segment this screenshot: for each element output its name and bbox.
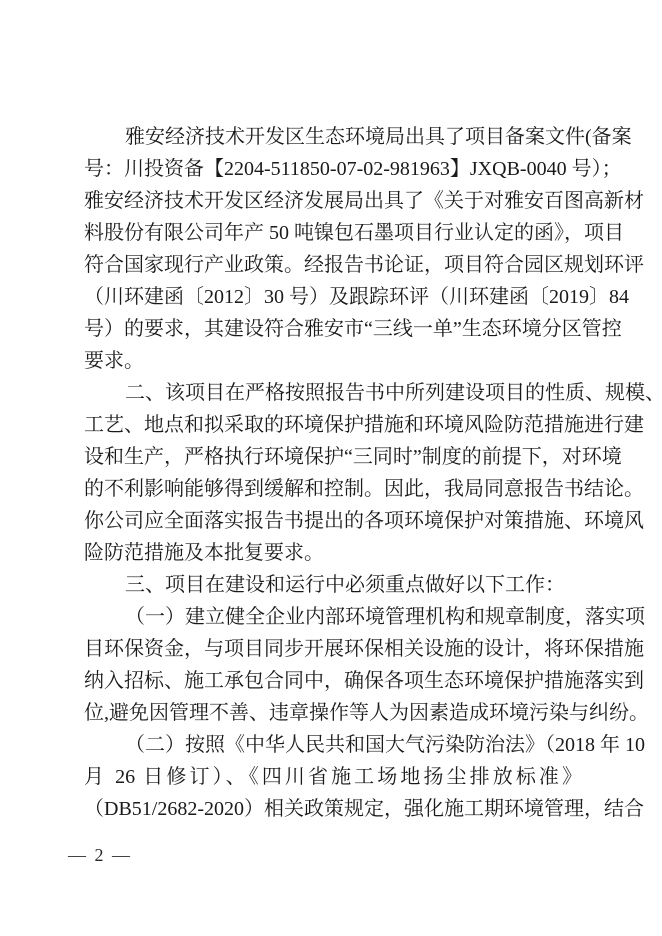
- text-line: 雅安经济技术开发区经济发展局出具了《关于对雅安百图高新材: [84, 185, 582, 217]
- text-line: 要求。: [84, 345, 582, 377]
- text-line: 工艺、地点和拟采取的环境保护措施和环境风险防范措施进行建: [84, 409, 582, 441]
- text-line: 符合国家现行产业政策。经报告书论证，项目符合园区规划环评: [84, 249, 582, 281]
- text-line: 月 26 日修订）、《四川省施工场地扬尘排放标准》: [84, 761, 582, 793]
- text-line: 雅安经济技术开发区生态环境局出具了项目备案文件(备案: [84, 121, 582, 153]
- text-line: 料股份有限公司年产 50 吨镍包石墨项目行业认定的函》，项目: [84, 217, 582, 249]
- text-line: 号：川投资备【2204-511850-07-02-981963】JXQB-004…: [84, 153, 582, 185]
- text-line: 二、该项目在严格按照报告书中所列建设项目的性质、规模、: [84, 377, 582, 409]
- document-page: 雅安经济技术开发区生态环境局出具了项目备案文件(备案 号：川投资备【2204-5…: [0, 0, 662, 936]
- text-line: 你公司应全面落实报告书提出的各项环境保护对策措施、环境风: [84, 505, 582, 537]
- page-number: — 2 —: [68, 843, 132, 867]
- text-line: （一）建立健全企业内部环境管理机构和规章制度，落实项: [84, 601, 582, 633]
- text-line: 目环保资金，与项目同步开展环保相关设施的设计，将环保措施: [84, 633, 582, 665]
- text-line: 三、项目在建设和运行中必须重点做好以下工作：: [84, 569, 582, 601]
- text-line: 的不利影响能够得到缓解和控制。因此，我局同意报告书结论。: [84, 473, 582, 505]
- text-line: 纳入招标、施工承包合同中，确保各项生态环境保护措施落实到: [84, 665, 582, 697]
- text-line: （DB51/2682-2020）相关政策规定，强化施工期环境管理，结合: [84, 793, 582, 825]
- text-line: 设和生产，严格执行环境保护“三同时”制度的前提下，对环境: [84, 441, 582, 473]
- text-line: （川环建函〔2012〕30 号）及跟踪环评（川环建函〔2019〕84: [84, 281, 582, 313]
- text-line: 号）的要求，其建设符合雅安市“三线一单”生态环境分区管控: [84, 313, 582, 345]
- text-line: 险防范措施及本批复要求。: [84, 537, 582, 569]
- text-line: （二）按照《中华人民共和国大气污染防治法》（2018 年 10: [84, 729, 582, 761]
- text-line: 位,避免因管理不善、违章操作等人为因素造成环境污染与纠纷。: [84, 697, 582, 729]
- document-body: 雅安经济技术开发区生态环境局出具了项目备案文件(备案 号：川投资备【2204-5…: [84, 121, 582, 825]
